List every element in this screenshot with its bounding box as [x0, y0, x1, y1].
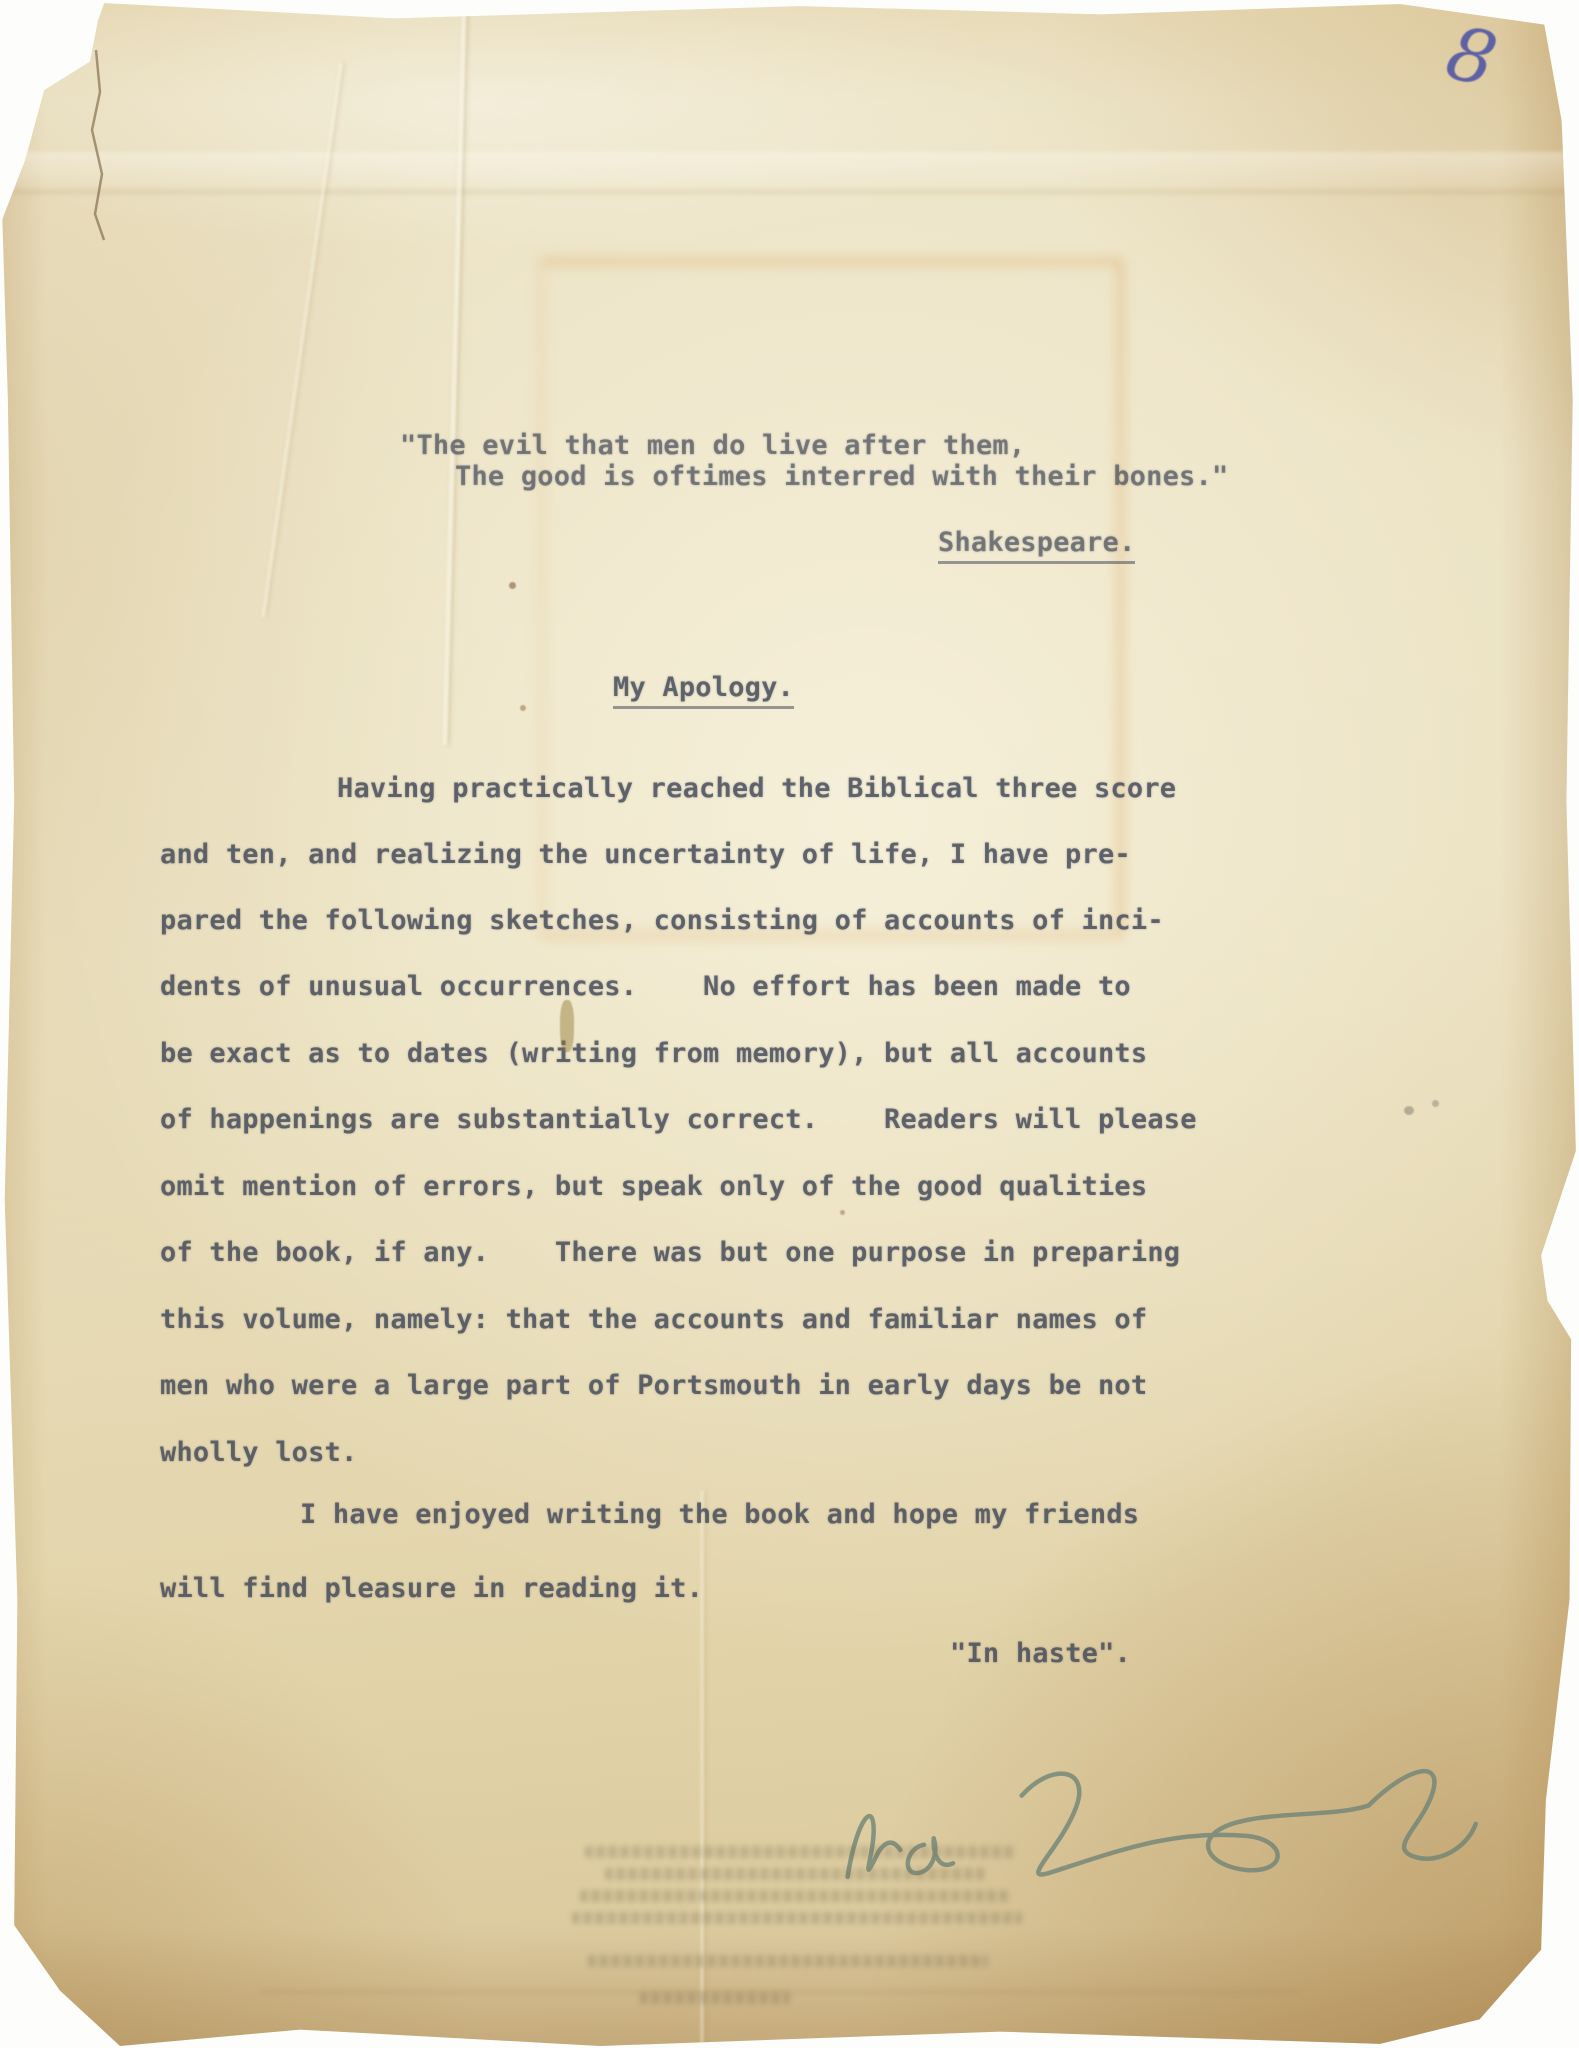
page-title: My Apology. [613, 672, 794, 703]
body-line: dents of unusual occurrences. No effort … [160, 971, 1131, 1002]
horizontal-fold-shadow [0, 190, 1579, 196]
bleedthrough-text-line [588, 1955, 988, 1967]
adhesive-stain-outline [538, 258, 1124, 939]
epigraph-line-1: "The evil that men do live after them, [400, 430, 1025, 461]
epigraph-line-2: The good is oftimes interred with their … [455, 461, 1228, 492]
paper-sheet: "The evil that men do live after them, T… [0, 0, 1579, 2048]
bleedthrough-text-line [585, 1846, 1015, 1858]
ink-smudge [1432, 1100, 1439, 1107]
bleedthrough-text-line [572, 1912, 1022, 1924]
body-line: be exact as to dates (writing from memor… [160, 1038, 1147, 1069]
body-line: omit mention of errors, but speak only o… [160, 1171, 1147, 1202]
closing-line: "In haste". [950, 1638, 1131, 1669]
bleedthrough-text-line [605, 1868, 985, 1880]
bleedthrough-text-line [640, 1992, 790, 2004]
body-line: of happenings are substantially correct.… [160, 1104, 1197, 1135]
wrinkle-line [261, 62, 343, 617]
torn-edge-crack [0, 0, 140, 260]
bleedthrough-text-line [580, 1890, 1010, 1902]
body-line: pared the following sketches, consisting… [160, 905, 1164, 936]
body-line: I have enjoyed writing the book and hope… [300, 1499, 1139, 1530]
epigraph-attribution: Shakespeare. [938, 527, 1135, 558]
foxing-spot [520, 705, 526, 711]
horizontal-fold-highlight [0, 152, 1579, 192]
vertical-crease [442, 0, 467, 745]
handwritten-page-number: 8 [1438, 10, 1505, 105]
foxing-spot [840, 1210, 845, 1215]
body-line: will find pleasure in reading it. [160, 1573, 703, 1604]
paper-damage-speck [560, 1000, 574, 1052]
body-line: and ten, and realizing the uncertainty o… [160, 839, 1131, 870]
foxing-spot [509, 582, 516, 589]
ink-smudge [1404, 1106, 1414, 1115]
body-line: men who were a large part of Portsmouth … [160, 1370, 1147, 1401]
body-line: of the book, if any. There was but one p… [160, 1237, 1180, 1268]
scanned-document-page: "The evil that men do live after them, T… [0, 0, 1579, 2048]
body-line: wholly lost. [160, 1437, 357, 1468]
body-line: this volume, namely: that the accounts a… [160, 1304, 1147, 1335]
body-line: Having practically reached the Biblical … [337, 773, 1176, 804]
